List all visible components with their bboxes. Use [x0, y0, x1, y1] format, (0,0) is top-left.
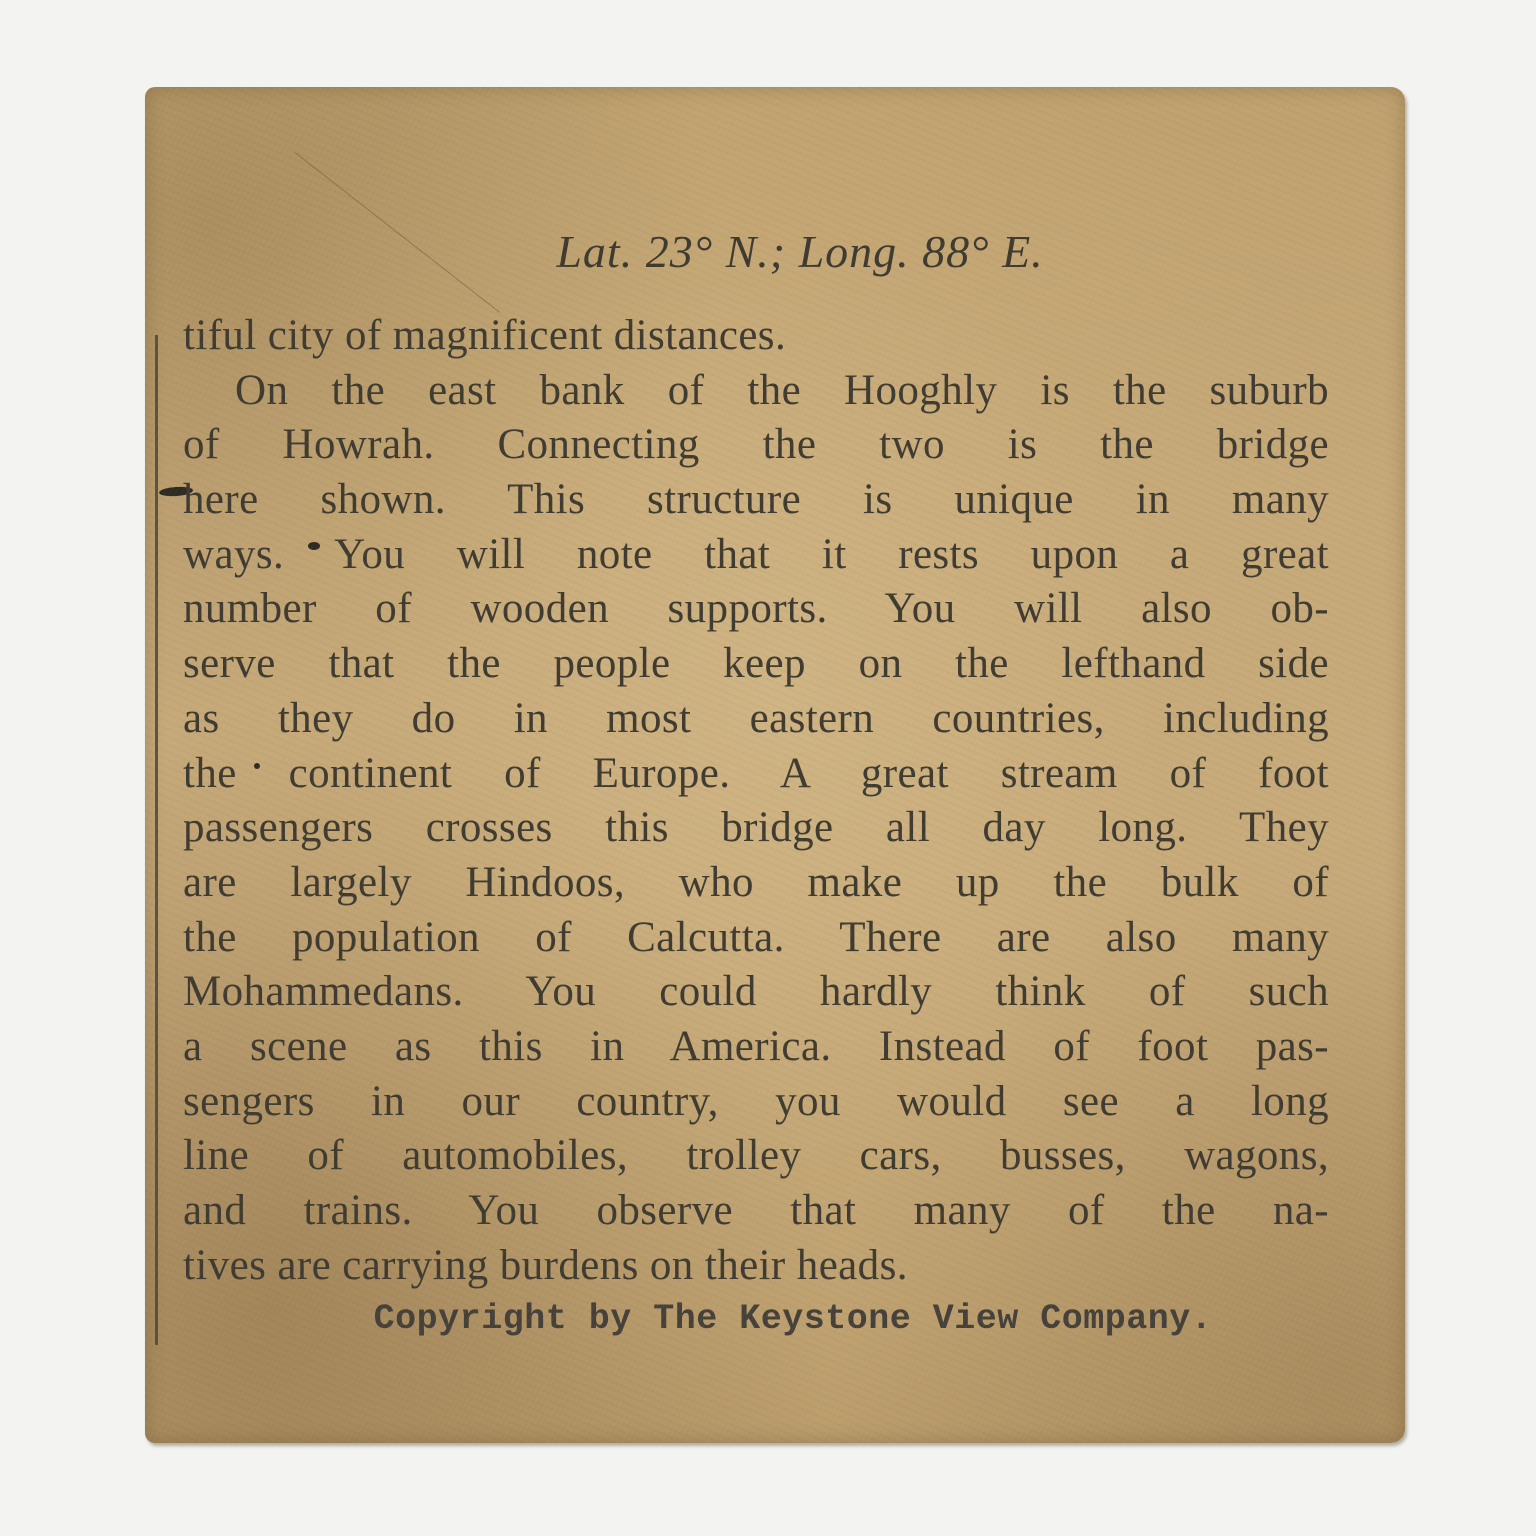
- text-line: tiful city of magnificent distances.: [183, 309, 1329, 364]
- copyright-notice: Copyright by The Keystone View Company.: [145, 1299, 1405, 1339]
- text-line: ways. You will note that it rests upon a…: [183, 528, 1329, 583]
- text-line: tives are carrying burdens on their head…: [183, 1239, 1329, 1294]
- text-line: sengers in our country, you would see a …: [183, 1075, 1329, 1130]
- text-line: here shown. This structure is unique in …: [183, 473, 1329, 528]
- text-line: the continent of Europe. A great stream …: [183, 747, 1329, 802]
- text-line: number of wooden supports. You will also…: [183, 582, 1329, 637]
- text-line: Mohammedans. You could hardly think of s…: [183, 965, 1329, 1020]
- text-line: a scene as this in America. Instead of f…: [183, 1020, 1329, 1075]
- text-line: as they do in most eastern countries, in…: [183, 692, 1329, 747]
- text-line: On the east bank of the Hooghly is the s…: [183, 364, 1329, 419]
- text-line: and trains. You observe that many of the…: [183, 1184, 1329, 1239]
- text-line: the population of Calcutta. There are al…: [183, 911, 1329, 966]
- text-line: are largely Hindoos, who make up the bul…: [183, 856, 1329, 911]
- stereoview-card-back: Lat. 23° N.; Long. 88° E. tiful city of …: [145, 87, 1405, 1443]
- coordinates-heading: Lat. 23° N.; Long. 88° E.: [145, 225, 1405, 278]
- body-text: tiful city of magnificent distances. On …: [183, 309, 1329, 1293]
- margin-rule-line: [155, 335, 158, 1345]
- text-line: line of automobiles, trolley cars, busse…: [183, 1129, 1329, 1184]
- text-line: serve that the people keep on the leftha…: [183, 637, 1329, 692]
- text-line: of Howrah. Connecting the two is the bri…: [183, 418, 1329, 473]
- text-line: passengers crosses this bridge all day l…: [183, 801, 1329, 856]
